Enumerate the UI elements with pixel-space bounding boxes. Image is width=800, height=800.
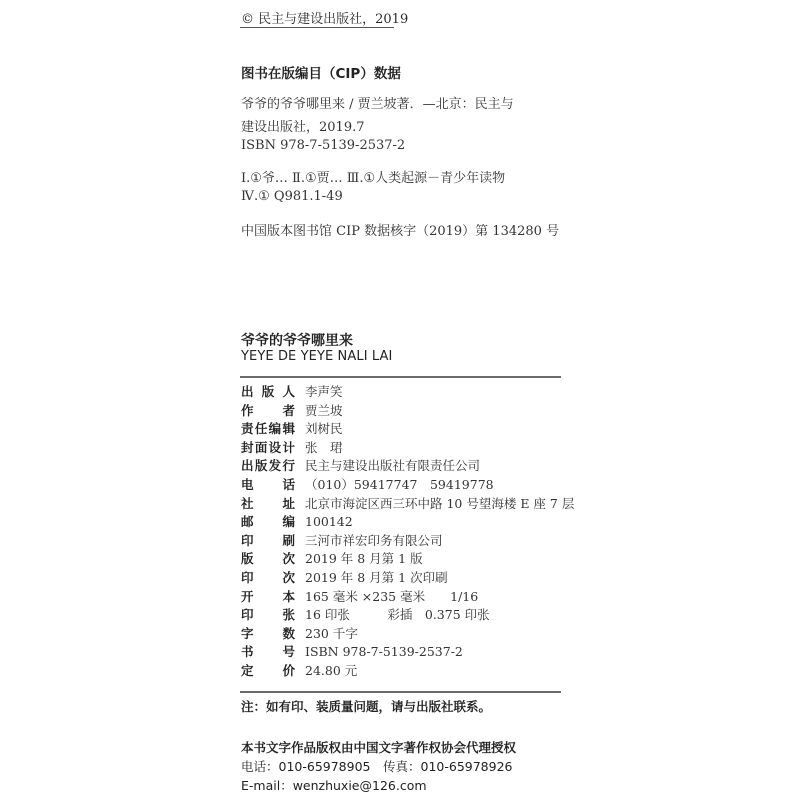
copyright-underline — [240, 27, 394, 28]
imprint-value: 北京市海淀区西三环中路 10 号望海楼 E 座 7 层 — [305, 494, 574, 512]
imprint-value: 230 千字 — [305, 624, 358, 642]
imprint-label-char: 址 — [282, 494, 295, 512]
imprint-label-char: 次 — [282, 568, 295, 586]
imprint-label-char: 出 — [241, 456, 254, 474]
imprint-value: 16 印张 彩插 0.375 印张 — [305, 605, 490, 623]
imprint-label-char: 张 — [282, 605, 295, 623]
imprint-label-char: 印 — [241, 531, 254, 549]
quality-note: 注：如有印、装质量问题，请与出版社联系。 — [241, 697, 491, 715]
cip-title: 图书在版编目（CIP）数据 — [241, 62, 401, 82]
imprint-label-char: 书 — [241, 642, 254, 660]
cip-isbn: ISBN 978-7-5139-2537-2 — [241, 138, 405, 153]
imprint-label: 印刷 — [241, 531, 295, 549]
imprint-row: 封面设计张 珺 — [241, 438, 343, 456]
imprint-label-char: 封 — [241, 438, 254, 456]
imprint-label: 电话 — [241, 475, 295, 493]
imprint-row: 印刷三河市祥宏印务有限公司 — [241, 531, 443, 549]
imprint-value: 100142 — [305, 514, 353, 529]
imprint-row: 字数230 千字 — [241, 624, 358, 642]
imprint-label-char: 计 — [282, 438, 295, 456]
contact-email: E-mail：wenzhuxie@126.com — [241, 776, 427, 794]
imprint-label-char: 作 — [241, 401, 254, 419]
imprint-label: 邮编 — [241, 512, 295, 530]
imprint-label: 出版人 — [241, 382, 295, 400]
imprint-value: （010）59417747 59419778 — [305, 475, 494, 493]
imprint-value: 2019 年 8 月第 1 次印刷 — [305, 568, 448, 586]
imprint-label-char: 开 — [241, 587, 254, 605]
imprint-label-char: 设 — [269, 438, 282, 456]
imprint-value: 165 毫米 ×235 毫米 1/16 — [305, 587, 478, 605]
imprint-label-char: 面 — [255, 438, 268, 456]
imprint-label-char: 数 — [282, 624, 295, 642]
imprint-label: 封面设计 — [241, 438, 295, 456]
imprint-label-char: 刷 — [282, 531, 295, 549]
imprint-label-char: 行 — [282, 456, 295, 474]
imprint-label: 书号 — [241, 642, 295, 660]
imprint-label: 责任编辑 — [241, 419, 295, 437]
imprint-label: 版次 — [241, 549, 295, 567]
imprint-label-char: 次 — [282, 549, 295, 567]
imprint-label-char: 出 — [241, 382, 254, 400]
imprint-label-char: 号 — [282, 642, 295, 660]
imprint-value: 张 珺 — [305, 438, 343, 456]
imprint-label-char: 编 — [282, 512, 295, 530]
imprint-label-char: 发 — [269, 456, 282, 474]
imprint-label-char: 定 — [241, 661, 254, 679]
imprint-label: 定价 — [241, 661, 295, 679]
divider — [240, 376, 561, 378]
imprint-label-char: 编 — [269, 419, 282, 437]
imprint-value: 刘树民 — [305, 419, 343, 437]
imprint-value: 贾兰坡 — [305, 401, 343, 419]
imprint-label: 作者 — [241, 401, 295, 419]
imprint-value: 李声笑 — [305, 382, 343, 400]
imprint-row: 定价24.80 元 — [241, 661, 357, 679]
copyright-line: © 民主与建设出版社，2019 — [241, 8, 408, 27]
imprint-value: 民主与建设出版社有限责任公司 — [305, 456, 480, 474]
imprint-label-char: 话 — [282, 475, 295, 493]
imprint-row: 书号ISBN 978-7-5139-2537-2 — [241, 642, 463, 660]
imprint-label: 印次 — [241, 568, 295, 586]
imprint-label-char: 印 — [241, 605, 254, 623]
imprint-label-char: 本 — [282, 587, 295, 605]
imprint-row: 印次2019 年 8 月第 1 次印刷 — [241, 568, 448, 586]
imprint-value: 24.80 元 — [305, 661, 357, 679]
imprint-row: 出版发行民主与建设出版社有限责任公司 — [241, 456, 480, 474]
imprint-label-char: 邮 — [241, 512, 254, 530]
imprint-row: 电话（010）59417747 59419778 — [241, 475, 494, 493]
imprint-label-char: 版 — [262, 382, 275, 400]
imprint-label: 字数 — [241, 624, 295, 642]
imprint-label-char: 印 — [241, 568, 254, 586]
imprint-value: ISBN 978-7-5139-2537-2 — [305, 644, 463, 659]
imprint-label-char: 电 — [241, 475, 254, 493]
imprint-label: 出版发行 — [241, 456, 295, 474]
imprint-label-char: 者 — [282, 401, 295, 419]
imprint-value: 三河市祥宏印务有限公司 — [305, 531, 443, 549]
imprint-label: 印张 — [241, 605, 295, 623]
imprint-row: 出版人李声笑 — [241, 382, 343, 400]
cip-classification: Ⅰ.①爷… Ⅱ.①贾… Ⅲ.①人类起源－青少年读物 — [241, 167, 505, 186]
rights-statement: 本书文字作品版权由中国文字著作权协会代理授权 — [241, 738, 516, 756]
imprint-label-char: 字 — [241, 624, 254, 642]
imprint-label-char: 版 — [255, 456, 268, 474]
imprint-label: 社址 — [241, 494, 295, 512]
book-pinyin: YEYE DE YEYE NALI LAI — [241, 349, 392, 364]
imprint-label-char: 责 — [241, 419, 254, 437]
imprint-label-char: 人 — [282, 382, 295, 400]
imprint-row: 邮编100142 — [241, 512, 353, 530]
cip-classification-number: Ⅳ.① Q981.1-49 — [241, 189, 343, 204]
divider — [240, 691, 561, 693]
imprint-row: 版次2019 年 8 月第 1 版 — [241, 549, 423, 567]
cip-line: 爷爷的爷爷哪里来 / 贾兰坡著．—北京：民主与 — [241, 93, 514, 112]
imprint-row: 责任编辑刘树民 — [241, 419, 343, 437]
imprint-row: 开本165 毫米 ×235 毫米 1/16 — [241, 587, 478, 605]
imprint-label-char: 辑 — [282, 419, 295, 437]
imprint-row: 作者贾兰坡 — [241, 401, 343, 419]
imprint-row: 社址北京市海淀区西三环中路 10 号望海楼 E 座 7 层 — [241, 494, 574, 512]
imprint-label-char: 社 — [241, 494, 254, 512]
imprint-label-char: 价 — [282, 661, 295, 679]
cip-record-number: 中国版本图书馆 CIP 数据核字（2019）第 134280 号 — [241, 220, 559, 239]
imprint-row: 印张16 印张 彩插 0.375 印张 — [241, 605, 490, 623]
cip-line: 建设出版社，2019.7 — [241, 116, 365, 135]
imprint-label: 开本 — [241, 587, 295, 605]
imprint-value: 2019 年 8 月第 1 版 — [305, 549, 423, 567]
book-title: 爷爷的爷爷哪里来 — [241, 330, 353, 350]
contact-phone: 电话：010-65978905 传真：010-65978926 — [241, 757, 513, 775]
imprint-label-char: 任 — [255, 419, 268, 437]
imprint-label-char: 版 — [241, 549, 254, 567]
